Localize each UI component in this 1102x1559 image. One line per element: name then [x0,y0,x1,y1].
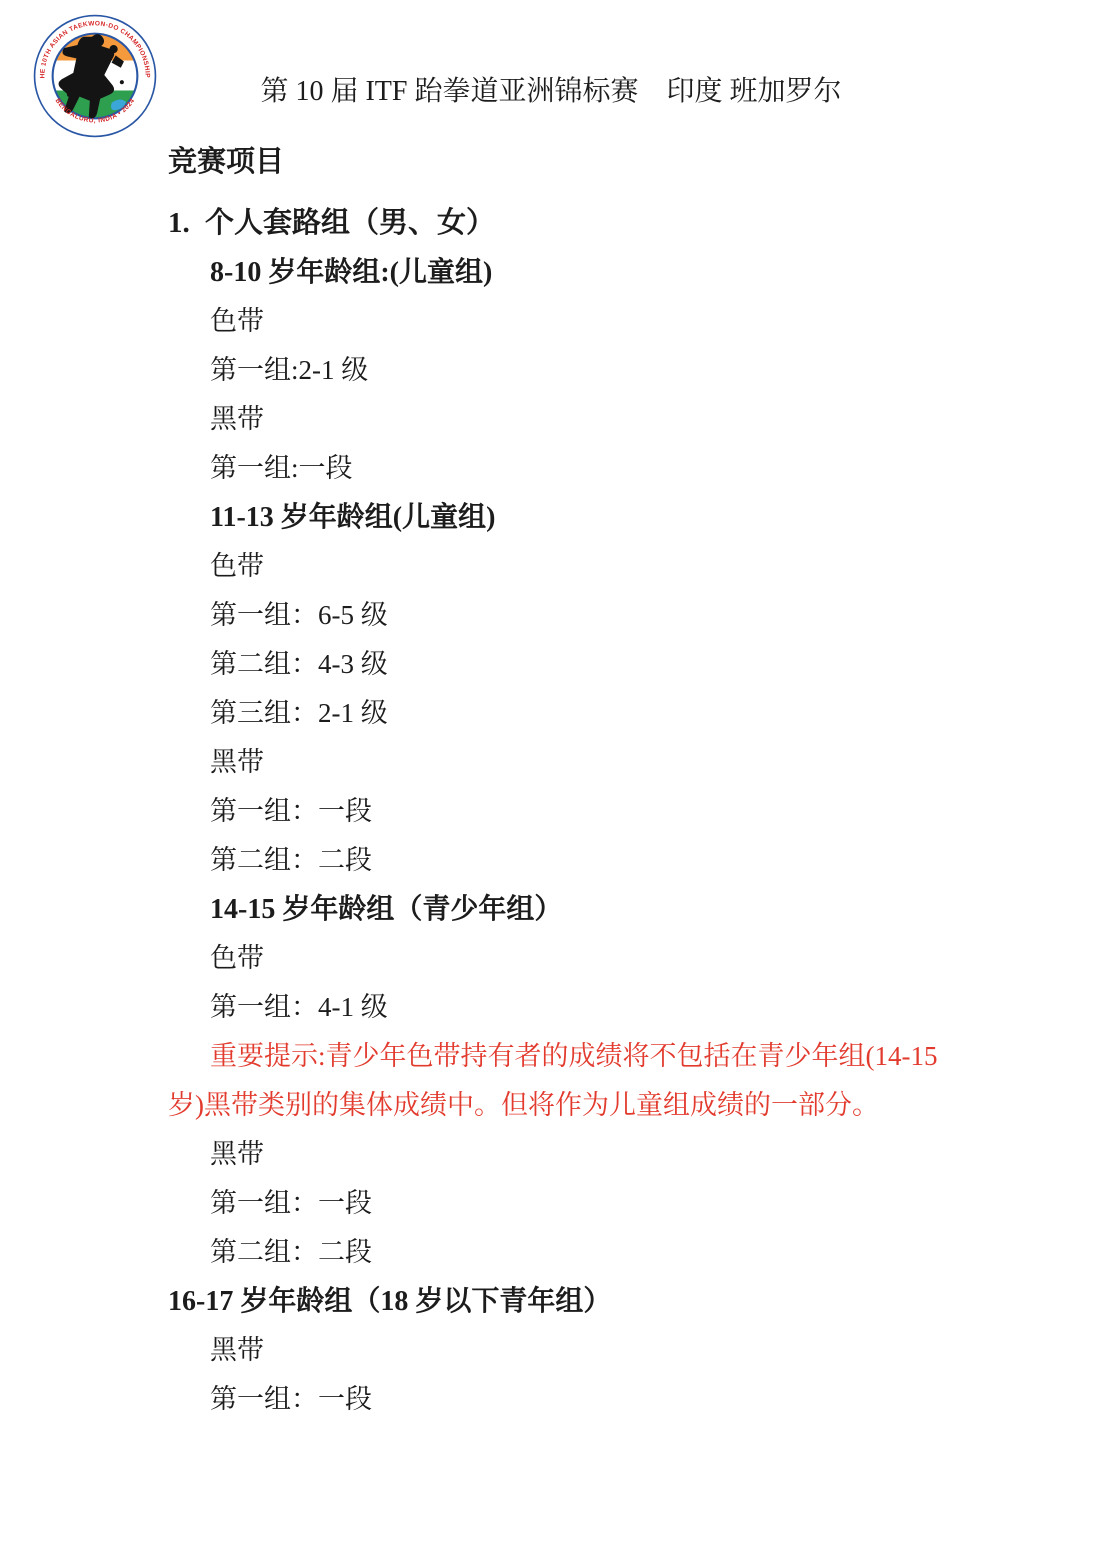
document-title: 第 10 届 ITF 跆拳道亚洲锦标赛 印度 班加罗尔 [0,74,1102,110]
belt-label: 色带 [168,297,968,346]
group-line: 第一组:2-1 级 [168,346,968,395]
belt-label: 黑带 [168,738,968,787]
group-line: 第一组：一段 [168,1179,968,1228]
age-group-heading-11-13: 11-13 岁年龄组(儿童组) [168,493,968,542]
numbered-item-title: 个人套路组（男、女） [205,207,495,239]
section-heading: 竞赛项目 [168,138,968,187]
group-line: 第一组：4-1 级 [168,983,968,1032]
age-group-heading-8-10: 8-10 岁年龄组:(儿童组) [168,248,968,297]
group-line: 第一组:一段 [168,444,968,493]
group-line: 第二组：4-3 级 [168,640,968,689]
group-line: 第二组：二段 [168,836,968,885]
group-line: 第一组：一段 [168,787,968,836]
group-line: 第三组：2-1 级 [168,689,968,738]
belt-label: 黑带 [168,1326,968,1375]
belt-label: 黑带 [168,1130,968,1179]
age-group-heading-14-15: 14-15 岁年龄组（青少年组） [168,885,968,934]
important-note-line-2: 岁)黑带类别的集体成绩中。但将作为儿童组成绩的一部分。 [168,1081,968,1130]
numbered-item: 1.个人套路组（男、女） [168,199,968,248]
belt-label: 色带 [168,934,968,983]
important-note-line-1: 重要提示:青少年色带持有者的成绩将不包括在青少年组(14-15 [168,1032,968,1081]
document-page: THE 10TH ASIAN TAEKWON-DO CHAMPIONSHIPS … [0,0,1102,1559]
document-body: 竞赛项目 1.个人套路组（男、女） 8-10 岁年龄组:(儿童组) 色带 第一组… [168,138,968,1424]
age-group-heading-16-17: 16-17 岁年龄组（18 岁以下青年组） [168,1277,968,1326]
numbered-item-marker: 1. [168,199,205,248]
group-line: 第二组：二段 [168,1228,968,1277]
belt-label: 黑带 [168,395,968,444]
group-line: 第一组：一段 [168,1375,968,1424]
group-line: 第一组：6-5 级 [168,591,968,640]
belt-label: 色带 [168,542,968,591]
